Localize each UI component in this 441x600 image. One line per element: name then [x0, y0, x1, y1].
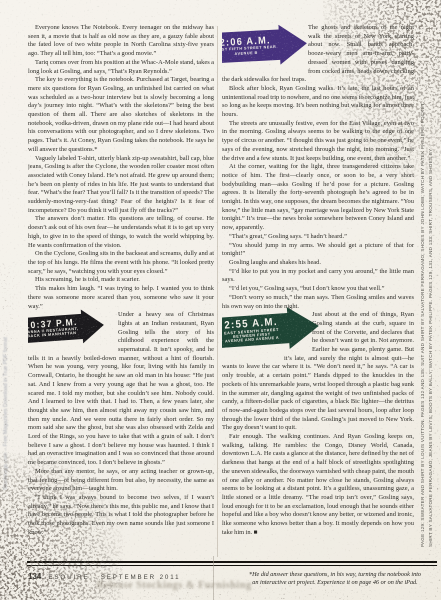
fashion-credits-outer: SHIRT BY SALVATORE FERRAGAMO; JEANS BY L…: [428, 103, 433, 547]
scan-noise-right-strip: [412, 125, 441, 600]
stamp-float-spacer: 2:55 A.M.EAST SEVENTH STREETBETWEEN FIRS…: [222, 311, 312, 348]
scan-watermark-text: Stockmags.com – Free Magazines Download …: [3, 295, 9, 490]
fashion-credits-inner: PAGE 129: SWEATER AND SHIRT BY LOUIS VUI…: [420, 103, 425, 547]
body-paragraph: “Don’t worry so much,” the man says. The…: [222, 294, 414, 311]
stamp-float-spacer: 2:06 A.M.EAST FIFTH STREET NEARAVENUE B: [222, 24, 308, 68]
footnote-line-1: *He did answer these questions, in his w…: [233, 571, 437, 579]
showthrough-ghost-text: Release Stockings & Furnishing: [84, 580, 264, 591]
body-paragraph: Block after block, Ryan Gosling walks. I…: [222, 85, 414, 120]
timestamp-arrow-s1037: 10:37 P.M.PANNA II RESTAURANT,BACK IN MA…: [28, 308, 105, 348]
timestamp-arrow-s206: 2:06 A.M.EAST FIFTH STREET NEARAVENUE B: [222, 24, 308, 69]
body-paragraph: Fair enough. The walking continues. And …: [222, 433, 414, 537]
body-paragraph: The key to everything is the notebook. P…: [28, 76, 214, 154]
stamp-float-step: [222, 348, 284, 357]
article-column-left: Everyone knows The Notebook. Every teena…: [28, 24, 214, 537]
body-paragraph: “I think I was always bound to become tw…: [28, 494, 214, 538]
body-paragraph: The answers don’t matter. His questions …: [28, 215, 214, 250]
stamp-float-spacer: 10:37 P.M.PANNA II RESTAURANT,BACK IN MA…: [28, 311, 118, 347]
page-crease-line: [213, 556, 214, 600]
body-paragraph: On the Cyclone, Gosling sits in the back…: [28, 250, 214, 276]
column-divider-rule: [217, 26, 218, 557]
body-paragraph: Vaguely labeled T-shirt, utterly blank z…: [28, 155, 214, 216]
timestamp-location: AVENUE B: [234, 51, 258, 57]
body-paragraph: Tariq comes over from his position at th…: [28, 59, 214, 76]
timestamp-time: 2:06 A.M.: [222, 36, 271, 49]
magazine-page: Everyone knows The Notebook. Every teena…: [0, 0, 441, 600]
body-paragraph: This makes him laugh. “I was trying to h…: [28, 285, 214, 311]
body-paragraph: “I’d let you,” Gosling says, “but I don’…: [222, 285, 414, 294]
body-paragraph: “That’s great,” Gosling says. “I hadn’t …: [222, 233, 414, 242]
body-paragraph: “You should jump in my arms. We should g…: [222, 242, 414, 259]
page-number: 134: [28, 572, 41, 581]
body-paragraph: His screaming, he is told, made it scari…: [28, 276, 214, 285]
body-paragraph: More than any mentor, he says, or any ac…: [28, 468, 214, 494]
body-paragraph: At the corner, waiting for the light, th…: [222, 163, 414, 233]
timestamp-arrow-s255: 2:55 A.M.EAST SEVENTH STREETBETWEEN FIRS…: [222, 305, 320, 355]
body-paragraph: Everyone knows The Notebook. Every teena…: [28, 24, 214, 59]
footer-double-rule: [27, 561, 437, 566]
body-paragraph: Gosling laughs and shakes his head.: [222, 259, 414, 268]
article-column-right: 2:06 A.M.EAST FIFTH STREET NEARAVENUE BT…: [222, 24, 414, 537]
body-paragraph: The streets are unusually festive, even …: [222, 120, 414, 164]
body-paragraph: “I’d like to put you in my pocket and ca…: [222, 268, 414, 285]
